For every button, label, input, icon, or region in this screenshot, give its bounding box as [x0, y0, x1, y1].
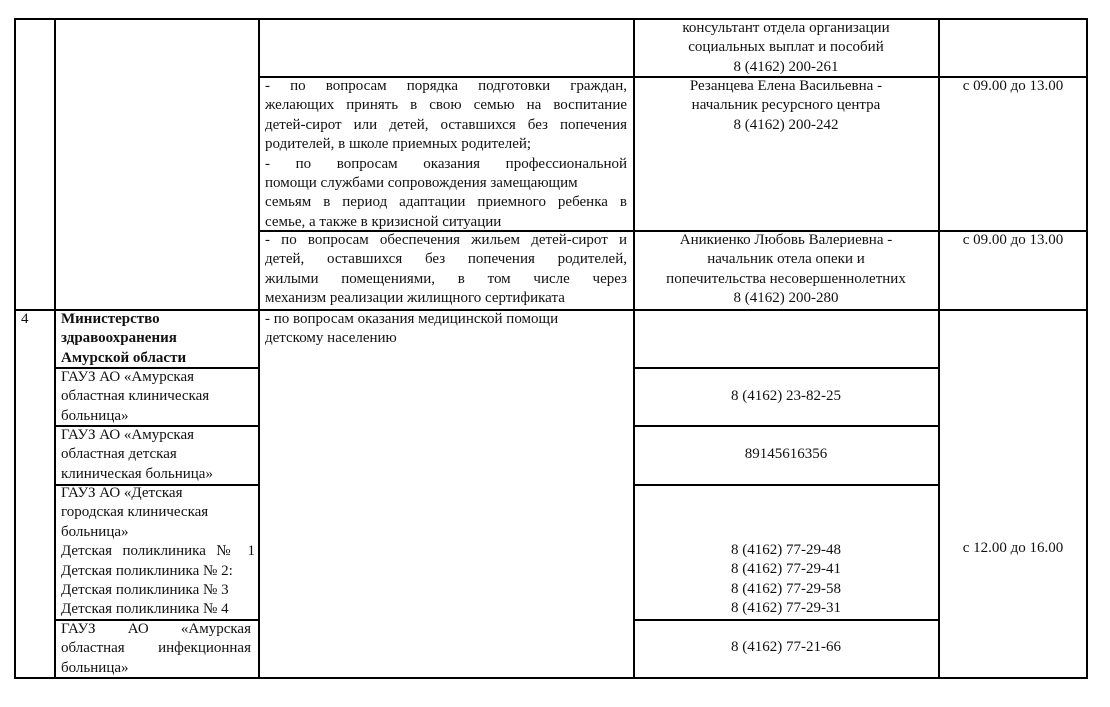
- contact-cell: Резанцева Елена Васильевна - начальник р…: [636, 77, 936, 135]
- topic-line: - по вопросам оказания медицинской помощ…: [265, 310, 627, 329]
- contact-line: социальных выплат и пособий: [636, 38, 936, 57]
- contact-position: начальник отела опеки и: [636, 250, 936, 269]
- institution-name-line: ГАУЗ АО «Детская: [61, 484, 255, 503]
- contact-phone: 8 (4162) 200-280: [636, 289, 936, 308]
- topic-line: механизм реализации жилищного сертификат…: [265, 289, 627, 308]
- topic-cell: - по вопросам оказания медицинской помощ…: [265, 310, 627, 349]
- topic-line: детей-сирот или детей, оставшихся без по…: [265, 116, 627, 135]
- institution-cell: ГАУЗ АО «Амурская областная детская клин…: [61, 426, 255, 484]
- row-divider: [633, 425, 938, 427]
- ministry-cell: Министерство здравоохранения Амурской об…: [61, 310, 255, 368]
- topic-line: родителей, в школе приемных родителей;: [265, 135, 627, 154]
- row-number-cell: 4: [21, 310, 51, 329]
- hours-cell: с 09.00 до 13.00: [940, 231, 1086, 250]
- contact-line: консультант отдела организации: [636, 19, 936, 38]
- hours-text: с 09.00 до 13.00: [940, 231, 1086, 250]
- hours-text: с 09.00 до 13.00: [940, 77, 1086, 96]
- clinic-line: Детская поликлиника № 2:: [61, 562, 255, 581]
- institution-name-line: больница»: [61, 659, 251, 678]
- institution-name-line: городская клиническая: [61, 503, 255, 522]
- row-divider: [633, 367, 938, 369]
- hours-cell: с 09.00 до 13.00: [940, 77, 1086, 96]
- topic-cell: - по вопросам порядка подготовки граждан…: [265, 77, 627, 232]
- institution-name-line: клиническая больница»: [61, 465, 255, 484]
- hours-cell: с 12.00 до 16.00: [940, 539, 1086, 558]
- contact-cell: консультант отдела организации социальны…: [636, 19, 936, 77]
- contact-cell: Аникиенко Любовь Валериевна - начальник …: [636, 231, 936, 309]
- institution-name-line: ГАУЗ АО «Амурская: [61, 368, 255, 387]
- hours-text: с 12.00 до 16.00: [940, 539, 1086, 558]
- topic-line: - по вопросам порядка подготовки граждан…: [265, 77, 627, 96]
- phone-number: 8 (4162) 77-29-58: [636, 580, 936, 599]
- topic-line: семье, а также в кризисной ситуации: [265, 213, 627, 232]
- phone-cell: 89145616356: [636, 445, 936, 464]
- topic-line: детей, оставшихся без попечения родителе…: [265, 250, 627, 269]
- row-divider: [633, 619, 938, 621]
- row-number: 4: [21, 310, 51, 329]
- institution-cell: ГАУЗ АО «Детская городская клиническая б…: [61, 484, 255, 620]
- contact-position: попечительства несовершеннолетних: [636, 270, 936, 289]
- phone-cell: 8 (4162) 23-82-25: [636, 387, 936, 406]
- phone-number: 89145616356: [636, 445, 936, 464]
- institution-cell: ГАУЗ АО «Амурская областная инфекционная…: [61, 620, 251, 678]
- contact-name: Аникиенко Любовь Валериевна -: [636, 231, 936, 250]
- topic-line: семьям в период адаптации приемного ребе…: [265, 193, 627, 212]
- institution-name-line: ГАУЗ АО «Амурская: [61, 426, 255, 445]
- topic-line: жилыми помещениями, в том числе через: [265, 270, 627, 289]
- column-divider: [633, 18, 635, 679]
- contact-phone: 8 (4162) 200-242: [636, 116, 936, 135]
- ministry-line: Министерство: [61, 310, 255, 329]
- topic-line: - по вопросам оказания профессиональной: [265, 155, 627, 174]
- institution-name-line: больница»: [61, 407, 255, 426]
- clinic-line: Детская поликлиника № 4: [61, 600, 255, 619]
- phone-number: 8 (4162) 77-21-66: [636, 638, 936, 657]
- column-divider: [54, 18, 56, 679]
- table-left-border: [14, 18, 16, 679]
- institution-name-line: ГАУЗ АО «Амурская: [61, 620, 251, 639]
- contact-phone: 8 (4162) 200-261: [636, 58, 936, 77]
- contact-name: Резанцева Елена Васильевна -: [636, 77, 936, 96]
- institution-name-line: областная детская: [61, 445, 255, 464]
- document-page: консультант отдела организации социальны…: [0, 0, 1110, 707]
- column-divider: [938, 18, 940, 679]
- institution-name-line: областная инфекционная: [61, 639, 251, 658]
- topic-cell: - по вопросам обеспечения жильем детей-с…: [265, 231, 627, 309]
- row-divider: [633, 484, 938, 486]
- contact-position: начальник ресурсного центра: [636, 96, 936, 115]
- phone-number: 8 (4162) 77-29-31: [636, 599, 936, 618]
- topic-line: детскому населению: [265, 329, 627, 348]
- phone-number: 8 (4162) 77-29-41: [636, 560, 936, 579]
- institution-name-line: больница»: [61, 523, 255, 542]
- phone-cell: 8 (4162) 77-29-48 8 (4162) 77-29-41 8 (4…: [636, 541, 936, 619]
- clinic-line: Детская поликлиника № 1: [61, 542, 255, 561]
- topic-line: желающих принять в свою семью на воспита…: [265, 96, 627, 115]
- institution-name-line: областная клиническая: [61, 387, 255, 406]
- institution-cell: ГАУЗ АО «Амурская областная клиническая …: [61, 368, 255, 426]
- ministry-line: Амурской области: [61, 349, 255, 368]
- table-right-border: [1086, 18, 1088, 679]
- ministry-line: здравоохранения: [61, 329, 255, 348]
- phone-cell: 8 (4162) 77-21-66: [636, 638, 936, 657]
- phone-number: 8 (4162) 23-82-25: [636, 387, 936, 406]
- clinic-line: Детская поликлиника № 3: [61, 581, 255, 600]
- column-divider: [258, 18, 260, 679]
- phone-number: 8 (4162) 77-29-48: [636, 541, 936, 560]
- topic-line: - по вопросам обеспечения жильем детей-с…: [265, 231, 627, 250]
- topic-line: помощи службами сопровождения замещающим: [265, 174, 627, 193]
